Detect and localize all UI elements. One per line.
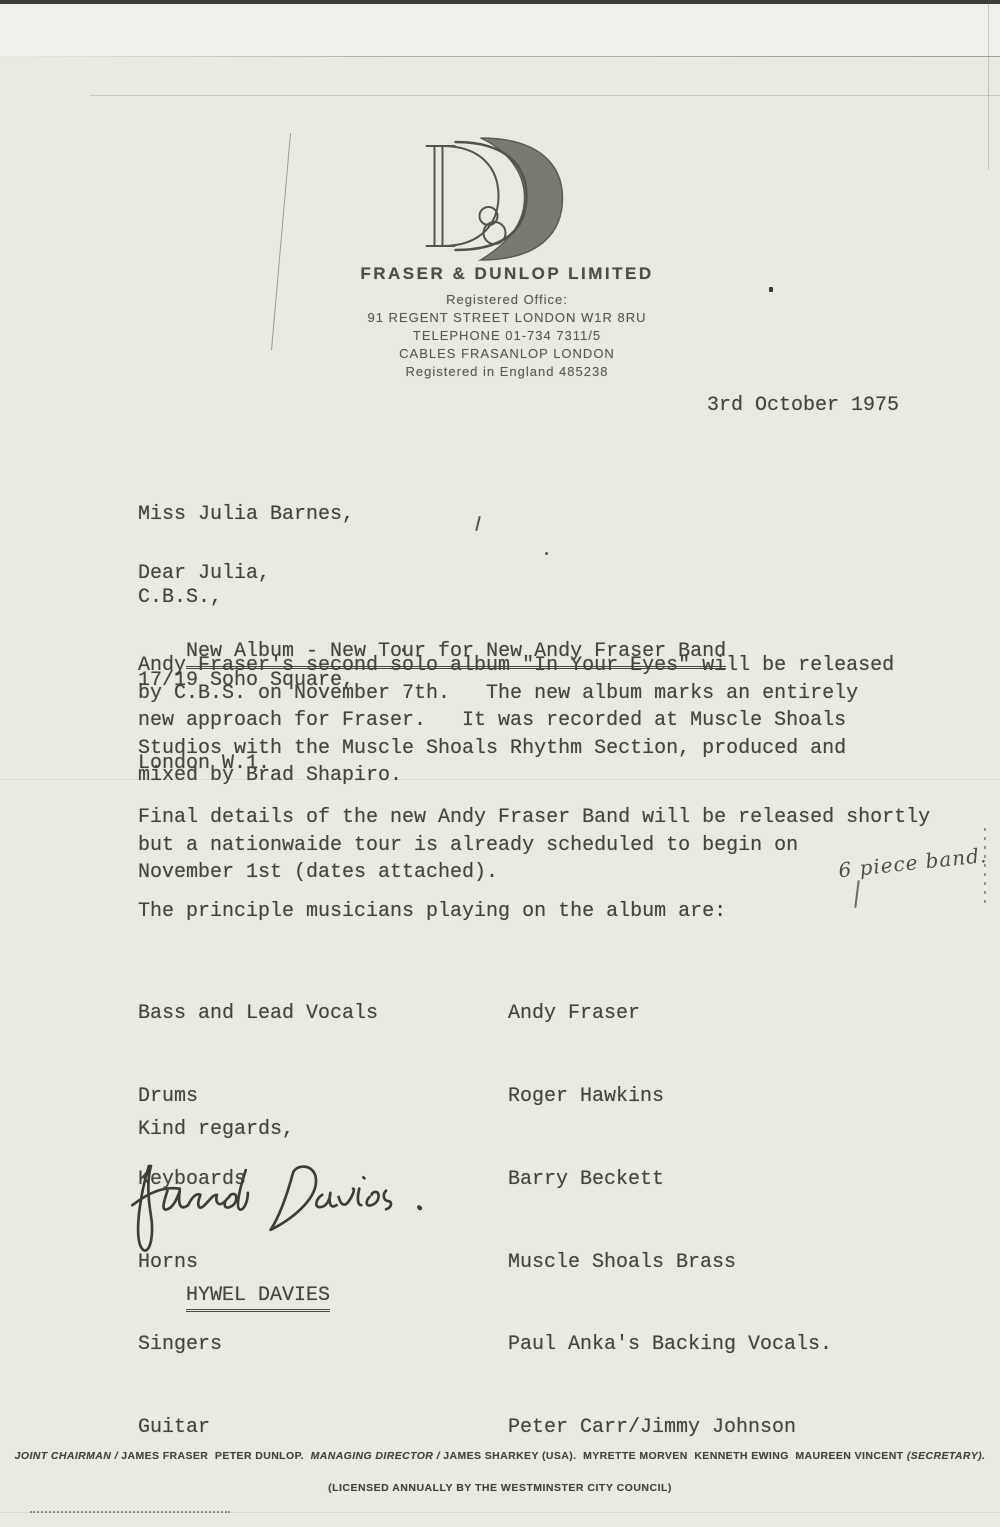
fold-line [90,95,1000,96]
scan-dotted-mark [984,828,986,908]
scan-edge-line [988,0,989,170]
footer-directors-line: JOINT CHAIRMAN / JAMES FRASER PETER DUNL… [0,1450,1000,1462]
musician-row: Guitar Peter Carr/Jimmy Johnson [138,1414,832,1442]
musician-role: Drums [138,1083,508,1111]
company-name: FRASER & DUNLOP LIMITED [307,264,707,284]
handwritten-signature [120,1140,450,1260]
musician-name: Andy Fraser [508,1000,640,1028]
scan-light-band [0,4,1000,56]
footer-segment: JAMES FRASER PETER DUNLOP. [121,1450,310,1462]
musician-name: Barry Beckett [508,1166,664,1194]
musician-name: Roger Hawkins [508,1083,664,1111]
scan-faint-line [0,1512,1000,1513]
company-registration: Registered in England 485238 [307,363,707,381]
body-paragraph-2: Final details of the new Andy Fraser Ban… [138,804,948,887]
company-cables: CABLES FRASANLOP LONDON [307,345,707,363]
body-paragraph-3: The principle musicians playing on the a… [138,898,838,926]
recipient-name: Miss Julia Barnes, [138,501,354,529]
company-telephone: TELEPHONE 01-734 7311/5 [307,327,707,345]
body-paragraph-1: Andy Fraser's second solo album "In Your… [138,652,928,790]
footer-segment: JOINT CHAIRMAN / [15,1450,122,1462]
footer-segment: MANAGING DIRECTOR / [311,1450,444,1462]
scanned-letter-page: FRASER & DUNLOP LIMITED Registered Offic… [0,0,1000,1527]
salutation: Dear Julia, [138,560,270,588]
letterhead: FRASER & DUNLOP LIMITED Registered Offic… [307,264,707,381]
signer-name-text: HYWEL DAVIES [186,1284,330,1312]
footer-licence-line: (LICENSED ANNUALLY BY THE WESTMINSTER CI… [0,1482,1000,1494]
scan-dotted-line [30,1511,230,1513]
footer-segment: JAMES SHARKEY (USA). MYRETTE MORVEN KENN… [443,1450,907,1462]
recipient-company: C.B.S., [138,584,354,612]
ink-speck [769,287,773,292]
footer-segment: (SECRETARY). [907,1450,986,1462]
registered-office-label: Registered Office: [307,291,707,309]
musician-name: Muscle Shoals Brass [508,1249,736,1277]
fold-line [0,56,1000,57]
scan-scratch-line [271,133,291,350]
musician-role: Guitar [138,1414,508,1442]
musician-role: Bass and Lead Vocals [138,1000,508,1028]
musician-row: Bass and Lead Vocals Andy Fraser [138,1000,832,1028]
signer-name: HYWEL DAVIES [138,1254,330,1337]
fraser-dunlop-dd-logo-icon [420,136,595,266]
ink-speck [545,552,548,555]
musician-name: Peter Carr/Jimmy Johnson [508,1414,796,1442]
pen-slash-mark [475,516,481,531]
musician-name: Paul Anka's Backing Vocals. [508,1331,832,1359]
letter-date: 3rd October 1975 [707,392,899,420]
company-address: 91 REGENT STREET LONDON W1R 8RU [307,309,707,327]
scan-edge-bar [0,0,1000,4]
musician-row: Drums Roger Hawkins [138,1083,832,1111]
